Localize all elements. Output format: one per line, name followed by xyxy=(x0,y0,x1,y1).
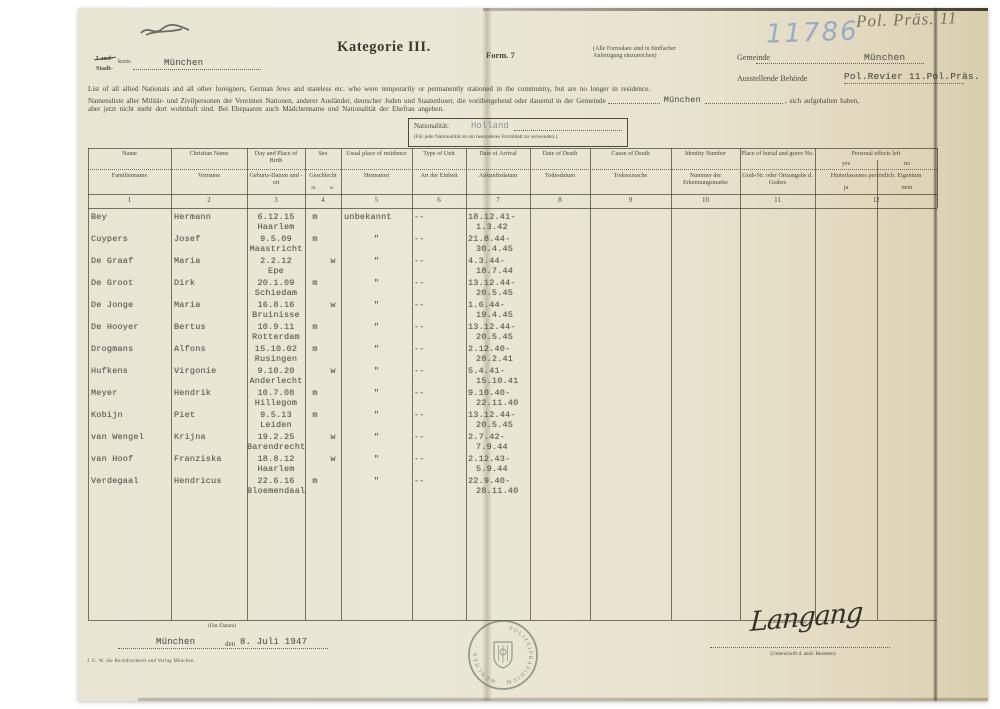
header-cell-number: 11 xyxy=(740,196,815,204)
table-cell-unit: -- xyxy=(414,476,434,486)
table-cell-birth-place: Rotterdam xyxy=(247,332,305,342)
header-cell-number: 2 xyxy=(171,196,247,204)
table-cell-sex: m xyxy=(307,234,323,244)
table-cell-stay-from: 1.6.44- xyxy=(468,300,528,310)
header-cell-number: 4 xyxy=(305,196,341,204)
table-cell-unit: -- xyxy=(414,256,434,266)
date-caption: (Dat./Datum) xyxy=(196,623,248,629)
grid-vline-data xyxy=(740,208,741,620)
table-cell-name: De Hooyer xyxy=(91,322,171,332)
grid-vline-header xyxy=(671,148,672,208)
header-sub-yes-en: yes xyxy=(815,160,877,167)
table-cell-unit: -- xyxy=(414,366,434,376)
grid-hline xyxy=(88,194,937,195)
table-cell-stay-from: 13.12.44- xyxy=(468,322,528,332)
table-cell-sex: m xyxy=(307,322,323,332)
header-cell-en: Identity Number xyxy=(672,150,739,157)
table-cell-first-name: Hendrik xyxy=(174,388,246,398)
table-cell-birth-place: Epe xyxy=(247,266,305,276)
table-cell-first-name: Piet xyxy=(174,410,246,420)
table-cell-name: Verdegaal xyxy=(91,476,171,486)
grid-vline-data xyxy=(305,208,306,620)
header-cell-de: Heimatort xyxy=(342,172,411,179)
grid-vline-header xyxy=(740,148,741,208)
table-cell-stay-from: 2.12.40- xyxy=(468,344,528,354)
table-cell-birth-date: 9.5.09 xyxy=(247,234,305,244)
table-cell-birth-place: Anderlecht xyxy=(247,376,305,386)
table-cell-birth-place: Barendrecht xyxy=(247,442,305,452)
table-cell-birth-date: 16.8.16 xyxy=(247,300,305,310)
header-cell-number: 12 xyxy=(815,196,937,204)
table-cell-name: van Wengel xyxy=(91,432,171,442)
table-cell-residence-ditto: " xyxy=(341,300,412,310)
table-cell-unit: -- xyxy=(414,410,434,420)
header-cell-en: Usual place of residence xyxy=(342,150,411,157)
grid-vline-data xyxy=(88,208,89,620)
table-cell-sex: w xyxy=(325,366,341,376)
table-cell-stay-from: 9.10.40- xyxy=(468,388,528,398)
paper-fold-crease xyxy=(482,8,492,701)
table-cell-sex: m xyxy=(307,388,323,398)
table-cell-unit: -- xyxy=(414,344,434,354)
table-cell-sex: m xyxy=(307,212,323,222)
table-cell-birth-date: 10.7.08 xyxy=(247,388,305,398)
header-cell-en: Day and Place of Birth xyxy=(248,150,304,164)
table-cell-residence-ditto: " xyxy=(341,322,412,332)
table-cell-unit: -- xyxy=(414,278,434,288)
grid-vline-header xyxy=(815,148,816,208)
table-cell-stay-from: 2.7.42- xyxy=(468,432,528,442)
table-cell-name: Cuypers xyxy=(91,234,171,244)
table-cell-sex: m xyxy=(307,410,323,420)
table-cell-name: Drogmans xyxy=(91,344,171,354)
header-cell-number: 9 xyxy=(590,196,671,204)
table-cell-unit: -- xyxy=(414,300,434,310)
header-sub-no-de: nein xyxy=(877,184,937,191)
header-sub-yes-de: ja xyxy=(815,184,877,191)
grid-vline-header xyxy=(171,148,172,208)
table-cell-stay-from: 13.12.44- xyxy=(468,278,528,288)
header-cell-en: Christian Name xyxy=(172,150,246,157)
table-cell-first-name: Dirk xyxy=(174,278,246,288)
table-cell-name: Bey xyxy=(91,212,171,222)
header-cell-number: 7 xyxy=(466,196,530,204)
header-cell-en: Name xyxy=(89,150,170,157)
table-cell-residence-ditto: " xyxy=(341,278,412,288)
table-cell-name: De Graaf xyxy=(91,256,171,266)
grid-vline-header xyxy=(412,148,413,208)
table-cell-first-name: Franziska xyxy=(174,454,246,464)
header-cell-de: Ankunftsdatum xyxy=(467,172,529,179)
header-cell-number: 5 xyxy=(341,196,412,204)
table-cell-birth-place: Maastricht xyxy=(247,244,305,254)
grid-vline-data xyxy=(171,208,172,620)
header-cell-de: Art der Einheit xyxy=(413,172,465,179)
form-sheet-edge xyxy=(934,8,937,701)
table-cell-first-name: Hendricus xyxy=(174,476,246,486)
grid-hline xyxy=(88,208,937,209)
header-cell-en: Place of burial and grave No. xyxy=(741,150,814,157)
table-cell-birth-place: Rusingen xyxy=(247,354,305,364)
table-cell-stay-from: 18.12.41- xyxy=(468,212,528,222)
grid-vline-data xyxy=(466,208,467,620)
table-cell-birth-date: 19.2.25 xyxy=(247,432,305,442)
table-cell-birth-date: 9.10.20 xyxy=(247,366,305,376)
header-cell-number: 1 xyxy=(88,196,171,204)
table-cell-birth-place: Bloemendaal xyxy=(247,486,305,496)
table-cell-residence-ditto: " xyxy=(341,454,412,464)
footer-dotted-line xyxy=(118,648,328,649)
table-cell-sex: w xyxy=(325,300,341,310)
grid-vline-header xyxy=(247,148,248,208)
header-sub-m: m. xyxy=(305,186,323,191)
paper-top-edge-shadow xyxy=(483,8,988,11)
table-cell-first-name: Virgonie xyxy=(174,366,246,376)
table-cell-unit: -- xyxy=(414,388,434,398)
grid-dotted-hline xyxy=(88,169,937,170)
table-cell-sex: w xyxy=(325,432,341,442)
grid-vline-header xyxy=(305,148,306,208)
printer-credit: J. G. W. die Buchdruckerei und Verlag Mü… xyxy=(87,659,194,664)
table-cell-name: Hufkens xyxy=(91,366,171,376)
grid-vline-data xyxy=(412,208,413,620)
table-cell-sex: m xyxy=(307,278,323,288)
table-cell-name: Kobijn xyxy=(91,410,171,420)
table-cell-birth-date: 9.5.13 xyxy=(247,410,305,420)
table-cell-birth-place: Schiedam xyxy=(247,288,305,298)
header-cell-en: Personal effects left xyxy=(815,150,937,157)
grid-vline-header xyxy=(937,148,938,208)
header-cell-en: Date of Arrival xyxy=(467,150,529,157)
table-cell-residence-ditto: " xyxy=(341,366,412,376)
table-cell-stay-from: 22.9.40- xyxy=(468,476,528,486)
header-cell-de: Familienname xyxy=(89,172,170,179)
table-cell-birth-date: 2.2.12 xyxy=(247,256,305,266)
table-cell-residence-ditto: " xyxy=(341,344,412,354)
grid-hline xyxy=(88,148,937,149)
table-cell-first-name: Josef xyxy=(174,234,246,244)
grid-vline-header xyxy=(530,148,531,208)
header-cell-de: Geburts-Datum und -ort xyxy=(248,172,304,186)
header-cell-de: Todesursache xyxy=(591,172,670,179)
header-sub-w: w. xyxy=(323,186,341,191)
header-cell-de: Geschlecht xyxy=(306,172,340,179)
table-cell-birth-place: Leiden xyxy=(247,420,305,430)
table-cell-sex: m xyxy=(307,344,323,354)
header-cell-de: Todesdatum xyxy=(531,172,589,179)
scan-background: Land- kreis Stadt- München Kategorie III… xyxy=(0,0,1000,709)
table-cell-stay-from: 13.12.44- xyxy=(468,410,528,420)
table-cell-unit: -- xyxy=(414,454,434,464)
grid-vline-data xyxy=(671,208,672,620)
table-cell-unit: -- xyxy=(414,234,434,244)
table-cell-residence-ditto: " xyxy=(341,410,412,420)
header-cell-en: Type of Unit xyxy=(413,150,465,157)
table-cell-stay-from: 21.8.44- xyxy=(468,234,528,244)
header-cell-en: Date of Death xyxy=(531,150,589,157)
grid-vline-data xyxy=(590,208,591,620)
table-cell-name: De Jonge xyxy=(91,300,171,310)
header-cell-de: Hinterlassenes persönlich. Eigentum xyxy=(815,172,937,179)
table-cell-residence-ditto: " xyxy=(341,432,412,442)
table-cell-stay-from: 2.12.43- xyxy=(468,454,528,464)
header-cell-number: 6 xyxy=(412,196,466,204)
grid-vline-header xyxy=(590,148,591,208)
table-cell-birth-date: 6.12.15 xyxy=(247,212,305,222)
table-cell-residence-ditto: " xyxy=(341,388,412,398)
header-cell-en: Sex xyxy=(306,150,340,157)
grid-vline-header xyxy=(341,148,342,208)
table-cell-sex: w xyxy=(325,454,341,464)
table-cell-unit: -- xyxy=(414,432,434,442)
table-cell-birth-place: Haarlem xyxy=(247,222,305,232)
table-cell-birth-date: 10.9.11 xyxy=(247,322,305,332)
table-cell-unit: -- xyxy=(414,212,434,222)
table-cell-residence-ditto: " xyxy=(341,476,412,486)
table-cell-residence-ditto: " xyxy=(341,256,412,266)
table-cell-unit: -- xyxy=(414,322,434,332)
table-cell-first-name: Alfons xyxy=(174,344,246,354)
footer-place-value: München xyxy=(156,637,195,647)
table-cell-name: De Groot xyxy=(91,278,171,288)
footer-date-value: 8. Juli 1947 xyxy=(240,637,307,647)
signature-dotted-line xyxy=(710,647,890,648)
table-cell-birth-date: 18.8.12 xyxy=(247,454,305,464)
header-cell-number: 3 xyxy=(247,196,305,204)
grid-vline-header xyxy=(466,148,467,208)
grid-vline-effects-divider xyxy=(877,160,878,620)
table-cell-birth-date: 22.6.16 xyxy=(247,476,305,486)
table-cell-name: van Hoof xyxy=(91,454,171,464)
official-round-stamp: · POLIZEIPRÄSIDIUM · MÜNCHEN · xyxy=(463,615,543,695)
table-cell-sex: m xyxy=(307,476,323,486)
header-sub-no-en: no xyxy=(877,160,937,167)
table-cell-birth-date: 15.10.02 xyxy=(247,344,305,354)
table-cell-stay-from: 5.4.41- xyxy=(468,366,528,376)
footer-den-label: den xyxy=(225,640,235,648)
header-cell-number: 8 xyxy=(530,196,590,204)
document-paper: Land- kreis Stadt- München Kategorie III… xyxy=(78,8,988,701)
grid-vline-header xyxy=(88,148,89,208)
table-cell-name: Meyer xyxy=(91,388,171,398)
table-cell-sex: w xyxy=(325,256,341,266)
header-cell-de: Grab-Nr. oder Ortsangabe d. Grabes xyxy=(741,172,814,186)
table-cell-birth-place: Bruinisse xyxy=(247,310,305,320)
header-cell-number: 10 xyxy=(671,196,740,204)
table-cell-first-name: Bertus xyxy=(174,322,246,332)
header-cell-en: Cause of Death xyxy=(591,150,670,157)
table-cell-residence: unbekannt xyxy=(344,212,410,222)
table-cell-first-name: Maria xyxy=(174,300,246,310)
signature-caption: (Unterschrift d. amtl. Beamten) xyxy=(733,651,873,657)
table-cell-birth-place: Hillegom xyxy=(247,398,305,408)
table-cell-stay-from: 4.3.44- xyxy=(468,256,528,266)
table-cell-first-name: Krijna xyxy=(174,432,246,442)
grid-vline-data xyxy=(815,208,816,620)
header-cell-de: Nummer der Erkennungsmarke xyxy=(672,172,739,186)
table-cell-first-name: Hermann xyxy=(174,212,246,222)
paper-bottom-shadow xyxy=(138,698,988,701)
table-cell-first-name: Maria xyxy=(174,256,246,266)
header-cell-de: Vorname xyxy=(172,172,246,179)
table-cell-birth-date: 20.1.09 xyxy=(247,278,305,288)
table-cell-birth-place: Haarlem xyxy=(247,464,305,474)
table-cell-residence-ditto: " xyxy=(341,234,412,244)
